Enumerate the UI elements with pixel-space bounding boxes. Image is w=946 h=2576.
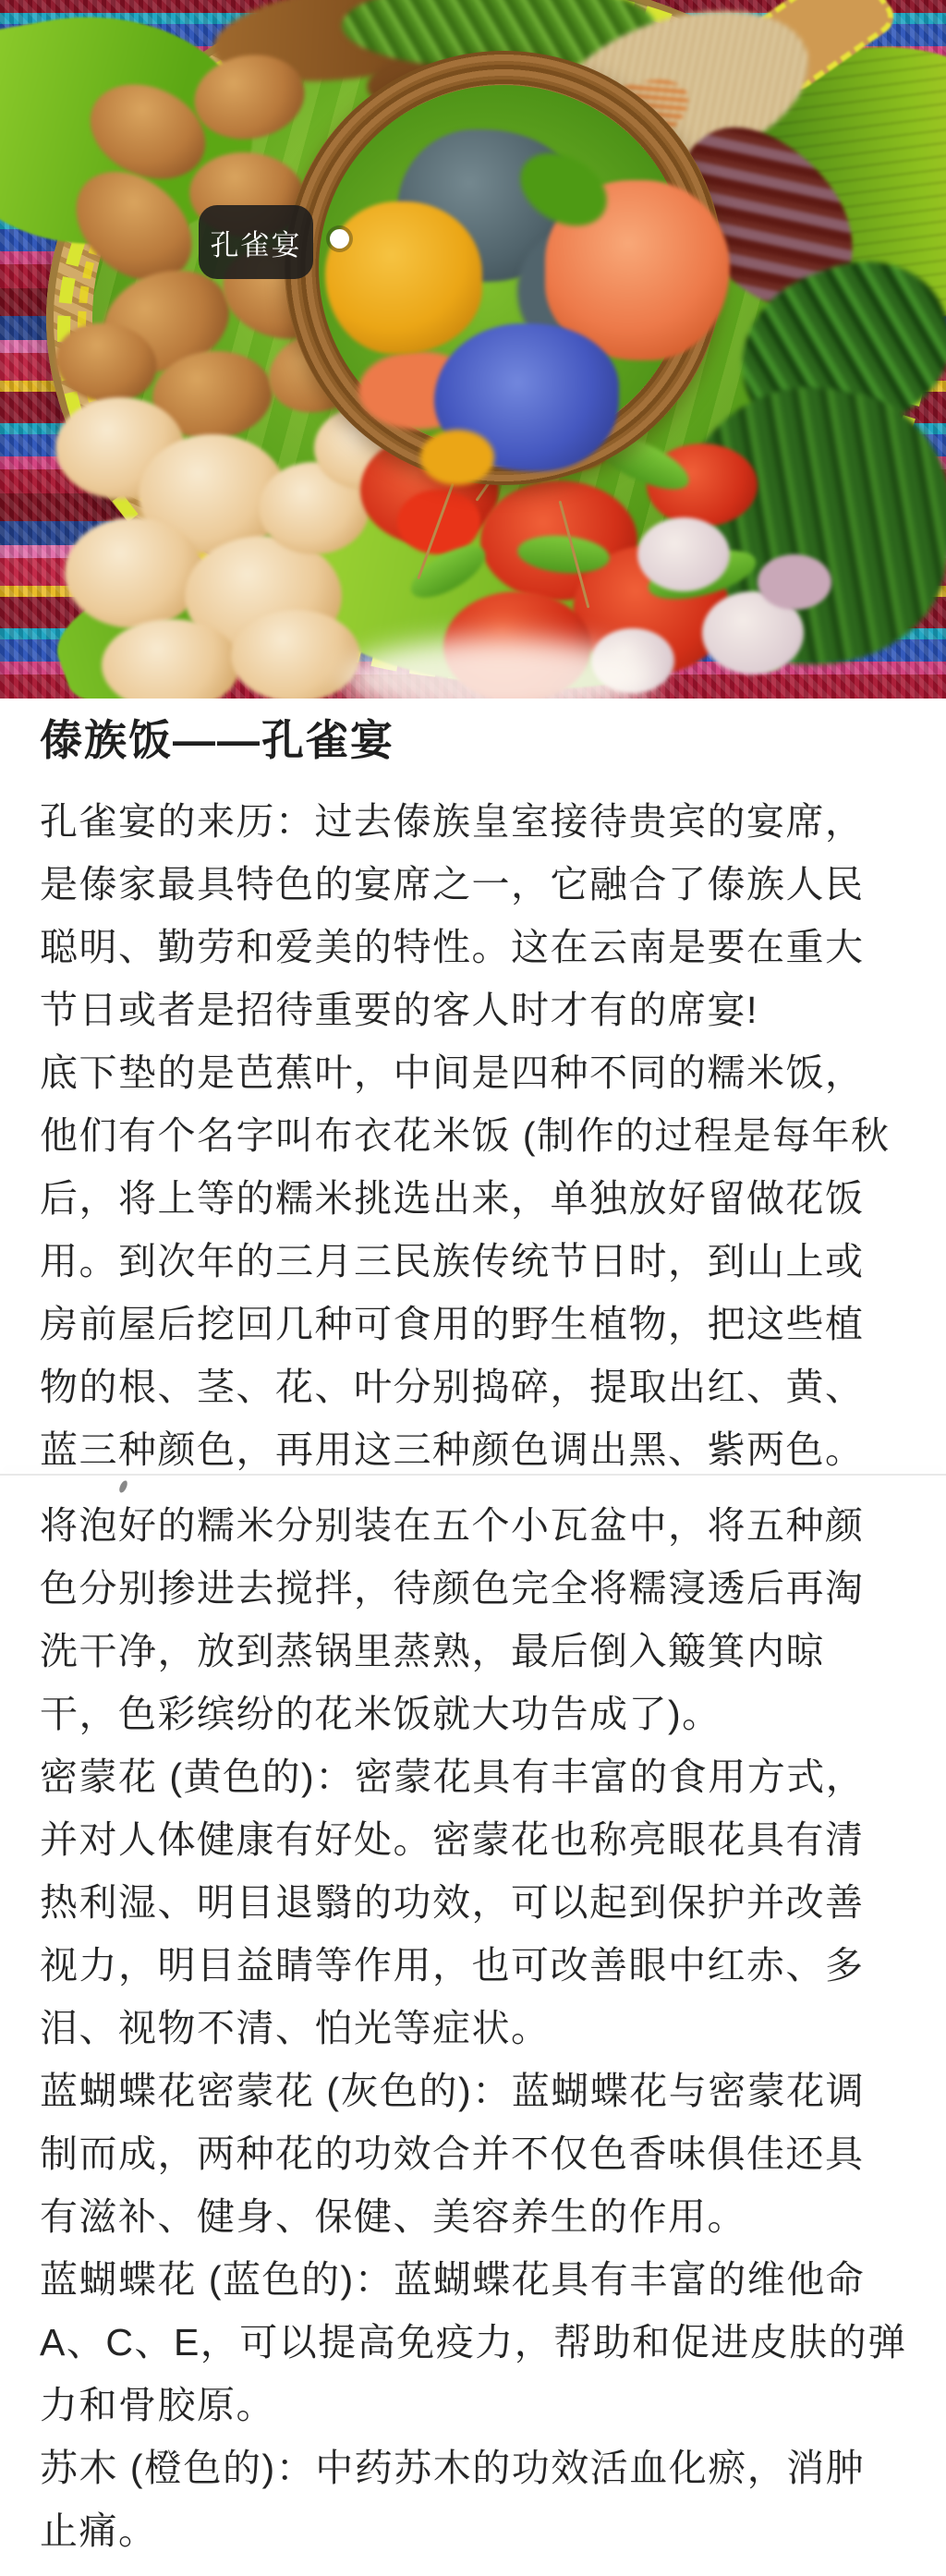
paragraph-block-2: 将泡好的糯米分别装在五个小瓦盆中，将五种颜色分别掺进去搅拌，待颜色完全将糯寖透后… (40, 1494, 909, 2562)
text-line: 是傣家最具特色的宴席之一，它融合了傣族人民 (40, 853, 909, 916)
peacock-feast-photo: 孔雀宴 (0, 0, 946, 699)
text-line: 用。到次年的三月三民族传统节日时，到山上或 (40, 1230, 909, 1293)
photo-tag-dot[interactable] (330, 229, 349, 249)
text-line: 色分别掺进去搅拌，待颜色完全将糯寖透后再淘 (40, 1557, 909, 1620)
text-line: 制而成，两种花的功效合并不仅色香味俱佳还具 (40, 2122, 909, 2185)
text-line: 物的根、茎、花、叶分别捣碎，提取出红、黄、 (40, 1355, 909, 1418)
text-line: 房前屋后挖回几种可食用的野生植物，把这些植 (40, 1293, 909, 1355)
stray-ink-mark (118, 1479, 128, 1493)
text-line: 蓝蝴蝶花密蒙花 (灰色的)：蓝蝴蝶花与密蒙花调 (40, 2060, 909, 2122)
fried-chicken-chunk (231, 610, 360, 699)
text-line: 将泡好的糯米分别装在五个小瓦盆中，将五种颜 (40, 1494, 909, 1557)
screenshot-stitch-divider (0, 1474, 946, 1476)
paragraph-block-1: 孔雀宴的来历：过去傣族皇室接待贵宾的宴席，是傣家最具特色的宴席之一，它融合了傣族… (40, 790, 909, 1481)
text-line: 热利湿、明目退翳的功效，可以起到保护并改善 (40, 1871, 909, 1934)
sticky-rice-yellow (325, 201, 482, 354)
text-line: 力和骨胶原。 (40, 2374, 909, 2436)
text-line: 止痛。 (40, 2499, 909, 2562)
text-line: 后，将上等的糯米挑选出来，单独放好留做花饭 (40, 1167, 909, 1230)
onion-chunk (637, 517, 730, 591)
text-line: 并对人体健康有好处。密蒙花也称亮眼花具有清 (40, 1808, 909, 1871)
text-line: 干，色彩缤纷的花米饭就大功告成了)。 (40, 1683, 909, 1745)
text-line: A、C、E，可以提高免疫力，帮助和促进皮肤的弹 (40, 2311, 909, 2374)
text-line: 蓝蝴蝶花 (蓝色的)：蓝蝴蝶花具有丰富的维他命 (40, 2248, 909, 2311)
text-line: 聪明、勤劳和爱美的特性。这在云南是要在重大 (40, 916, 909, 978)
text-line: 苏木 (橙色的)：中药苏木的功效活血化瘀，消肿 (40, 2436, 909, 2499)
fried-chicken-chunk (65, 517, 203, 628)
text-line: 视力，明目益睛等作用，也可改善眼中红赤、多 (40, 1934, 909, 1997)
article: 傣族饭——孔雀宴 孔雀宴的来历：过去傣族皇室接待贵宾的宴席，是傣家最具特色的宴席… (0, 699, 946, 2562)
sticky-rice-yellow-small (420, 430, 494, 485)
article-title: 傣族饭——孔雀宴 (40, 718, 909, 762)
text-line: 密蒙花 (黄色的)：密蒙花具有丰富的食用方式， (40, 1745, 909, 1808)
text-line: 节日或者是招待重要的客人时才有的席宴! (40, 978, 909, 1041)
page: 孔雀宴 傣族饭——孔雀宴 孔雀宴的来历：过去傣族皇室接待贵宾的宴席，是傣家最具特… (0, 0, 946, 2576)
text-line: 洗干净，放到蒸锅里蒸熟，最后倒入簸箕内晾 (40, 1620, 909, 1683)
text-line: 蓝三种颜色，再用这三种颜色调出黑、紫两色。 (40, 1418, 909, 1481)
onion-chunk (758, 554, 831, 610)
text-line: 泪、视物不清、怕光等症状。 (40, 1997, 909, 2060)
photo-tag[interactable]: 孔雀宴 (199, 205, 313, 279)
text-line: 有滋补、健身、保健、美容养生的作用。 (40, 2185, 909, 2248)
text-line: 底下垫的是芭蕉叶，中间是四种不同的糯米饭， (40, 1041, 909, 1104)
text-line: 孔雀宴的来历：过去傣族皇室接待贵宾的宴席， (40, 790, 909, 853)
photo-tag-label: 孔雀宴 (211, 222, 302, 263)
text-line: 他们有个名字叫布衣花米饭 (制作的过程是每年秋 (40, 1104, 909, 1167)
